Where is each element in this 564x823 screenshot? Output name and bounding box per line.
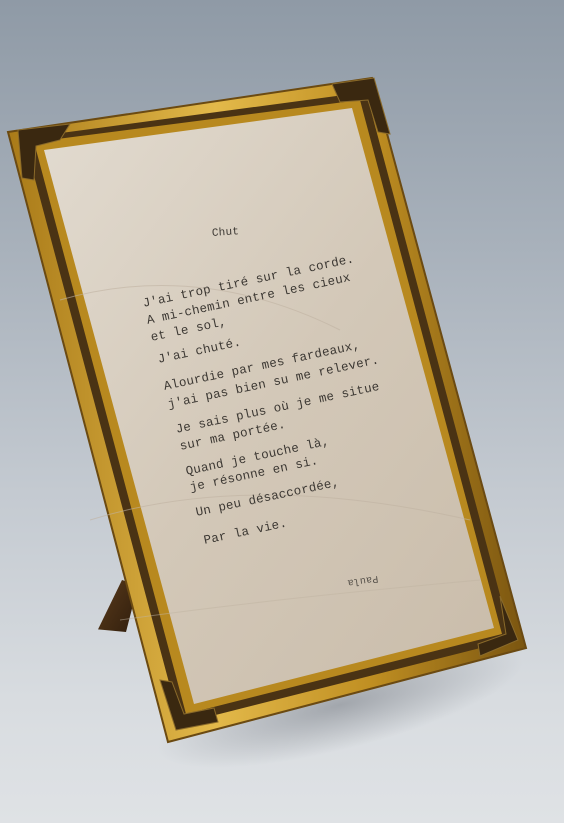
- photo-scene: Chut J'ai trop tiré sur la corde. A mi-c…: [0, 0, 564, 823]
- gold-frame: [0, 0, 564, 823]
